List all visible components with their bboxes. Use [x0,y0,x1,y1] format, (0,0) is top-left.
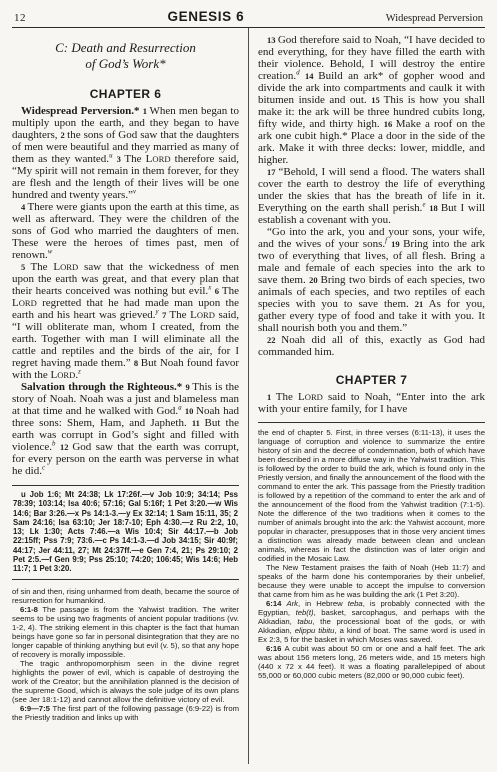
verse-number: 10 [185,406,196,416]
commentary-paragraph: 6:9—7:5 The first part of the following … [12,704,239,722]
text-segment: The [222,285,239,297]
chapter-heading: CHAPTER 6 [12,87,239,101]
bible-paragraph: Salvation through the Righteous.* 9 This… [12,381,239,477]
text-segment: The New Testament praises the faith of N… [258,563,485,599]
text-segment: LORD [146,153,171,165]
footnote-marker: w [48,248,53,255]
bible-text-right: 13 God therefore said to Noah, “I have d… [258,34,485,415]
page-number: 12 [14,12,26,24]
commentary-paragraph: the end of chapter 5. First, in three ve… [258,428,485,563]
text-segment: tabu [297,617,312,626]
text-segment: There were giants upon the earth at this… [12,201,239,261]
text-segment: The [276,391,298,403]
small-caps-rest: ORD [197,310,215,320]
commentary-paragraph: The New Testament praises the faith of N… [258,563,485,599]
text-segment: The tragic anthropomorphism seen in the … [12,659,239,704]
text-segment: , in Hebrew [298,599,348,608]
verse-number: 14 [305,71,318,81]
verse-number: 16 [384,119,396,129]
bible-paragraph: 17 “Behold, I will send a flood. The wat… [258,166,485,226]
footnote-marker: c [42,464,45,471]
small-caps-rest: ORD [152,154,170,164]
text-segment: Ark [286,599,298,608]
verse-number: 19 [391,239,403,249]
text-segment: The [124,153,145,165]
text-segment: 6:14 [266,599,286,608]
commentary-paragraph: of sin and then, rising unharmed from de… [12,587,239,605]
commentary-paragraph: The tragic anthropomorphism seen in the … [12,659,239,704]
bible-paragraph: Widespread Perversion.* 1 When men began… [12,105,239,201]
text-segment: LORD [298,391,323,403]
section-title-line-1: C: Death and Resurrection [12,40,239,56]
verse-number: 1 [143,106,150,116]
text-segment: 6:9—7:5 [20,704,53,713]
text-segment: The passage is from the Yahwist traditio… [12,605,239,659]
verse-number: 17 [267,167,279,177]
verse-number: 11 [192,418,205,428]
left-column: C: Death and Resurrection of God’s Work*… [12,28,248,764]
cross-reference-footnotes: u Job 1:6; Mt 24:38; Lk 17:26f.—v Job 10… [12,485,239,580]
text-segment: LORD [51,369,76,381]
verse-number: 22 [267,335,281,345]
text-segment: 6:1-8 [20,605,42,614]
section-title: C: Death and Resurrection of God’s Work* [12,40,239,72]
text-segment: Widespread Perversion.* [21,105,143,117]
text-segment: of sin and then, rising unharmed from de… [12,587,239,605]
text-segment: teba [348,599,363,608]
bible-page: 12 GENESIS 6 Widespread Perversion C: De… [0,0,497,772]
commentary-paragraph: 6:1-8 The passage is from the Yahwist tr… [12,605,239,659]
verse-number: 20 [309,275,320,285]
text-segment: LORD [12,297,37,309]
verse-number: 12 [60,442,72,452]
right-column: 13 God therefore said to Noah, “I have d… [248,28,485,764]
verse-number: 1 [267,392,276,402]
bible-paragraph: 22 Noah did all of this, exactly as God … [258,334,485,358]
footnote-marker: v [133,188,136,195]
text-segment: teb(t) [296,608,314,617]
verse-number: 21 [415,299,429,309]
bible-paragraph: 5 The LORD saw that the wickedness of me… [12,261,239,381]
text-segment: LORD [190,309,215,321]
bible-paragraph: “Go into the ark, you and your sons, you… [258,226,485,334]
text-segment: elippu tibitu [295,626,335,635]
text-segment: Noah did all of this, exactly as God had… [258,334,485,358]
footnote-marker: z [78,368,81,375]
running-head: Widespread Perversion [386,13,483,24]
commentary-right: the end of chapter 5. First, in three ve… [258,422,485,680]
small-caps-rest: ORD [305,392,323,402]
text-segment: The [169,309,190,321]
bible-paragraph: 4 There were giants upon the earth at th… [12,201,239,261]
small-caps-rest: ORD [60,262,78,272]
verse-number: 13 [267,35,278,45]
verse-number: 18 [429,203,441,213]
text-segment: 6:16 [266,644,284,653]
text-segment: the end of chapter 5. First, in three ve… [258,428,485,563]
small-caps-rest: ORD [19,298,37,308]
text-segment: LORD [53,261,78,273]
verse-number: 6 [215,286,222,296]
text-segment: The [30,261,53,273]
verse-number: 15 [371,95,383,105]
text-segment: A cubit was about 50 cm or one and a hal… [258,644,485,680]
section-title-line-2: of God’s Work* [12,56,239,72]
text-segment: Salvation through the Righteous.* [21,381,185,393]
bible-text-left: CHAPTER 6Widespread Perversion.* 1 When … [12,87,239,477]
commentary-paragraph: 6:16 A cubit was about 50 cm or one and … [258,644,485,680]
bible-paragraph: 1 The LORD said to Noah, “Enter into the… [258,391,485,415]
two-column-layout: C: Death and Resurrection of God’s Work*… [12,28,485,764]
page-header: 12 GENESIS 6 Widespread Perversion [12,0,485,28]
verse-number: 8 [134,358,141,368]
chapter-heading: CHAPTER 7 [258,373,485,387]
commentary-paragraph: 6:14 Ark, in Hebrew teba, is probably co… [258,599,485,644]
bible-paragraph: 13 God therefore said to Noah, “I have d… [258,34,485,166]
small-caps-rest: ORD [57,370,75,380]
commentary-left: of sin and then, rising unharmed from de… [12,587,239,722]
book-chapter-title: GENESIS 6 [168,9,245,24]
